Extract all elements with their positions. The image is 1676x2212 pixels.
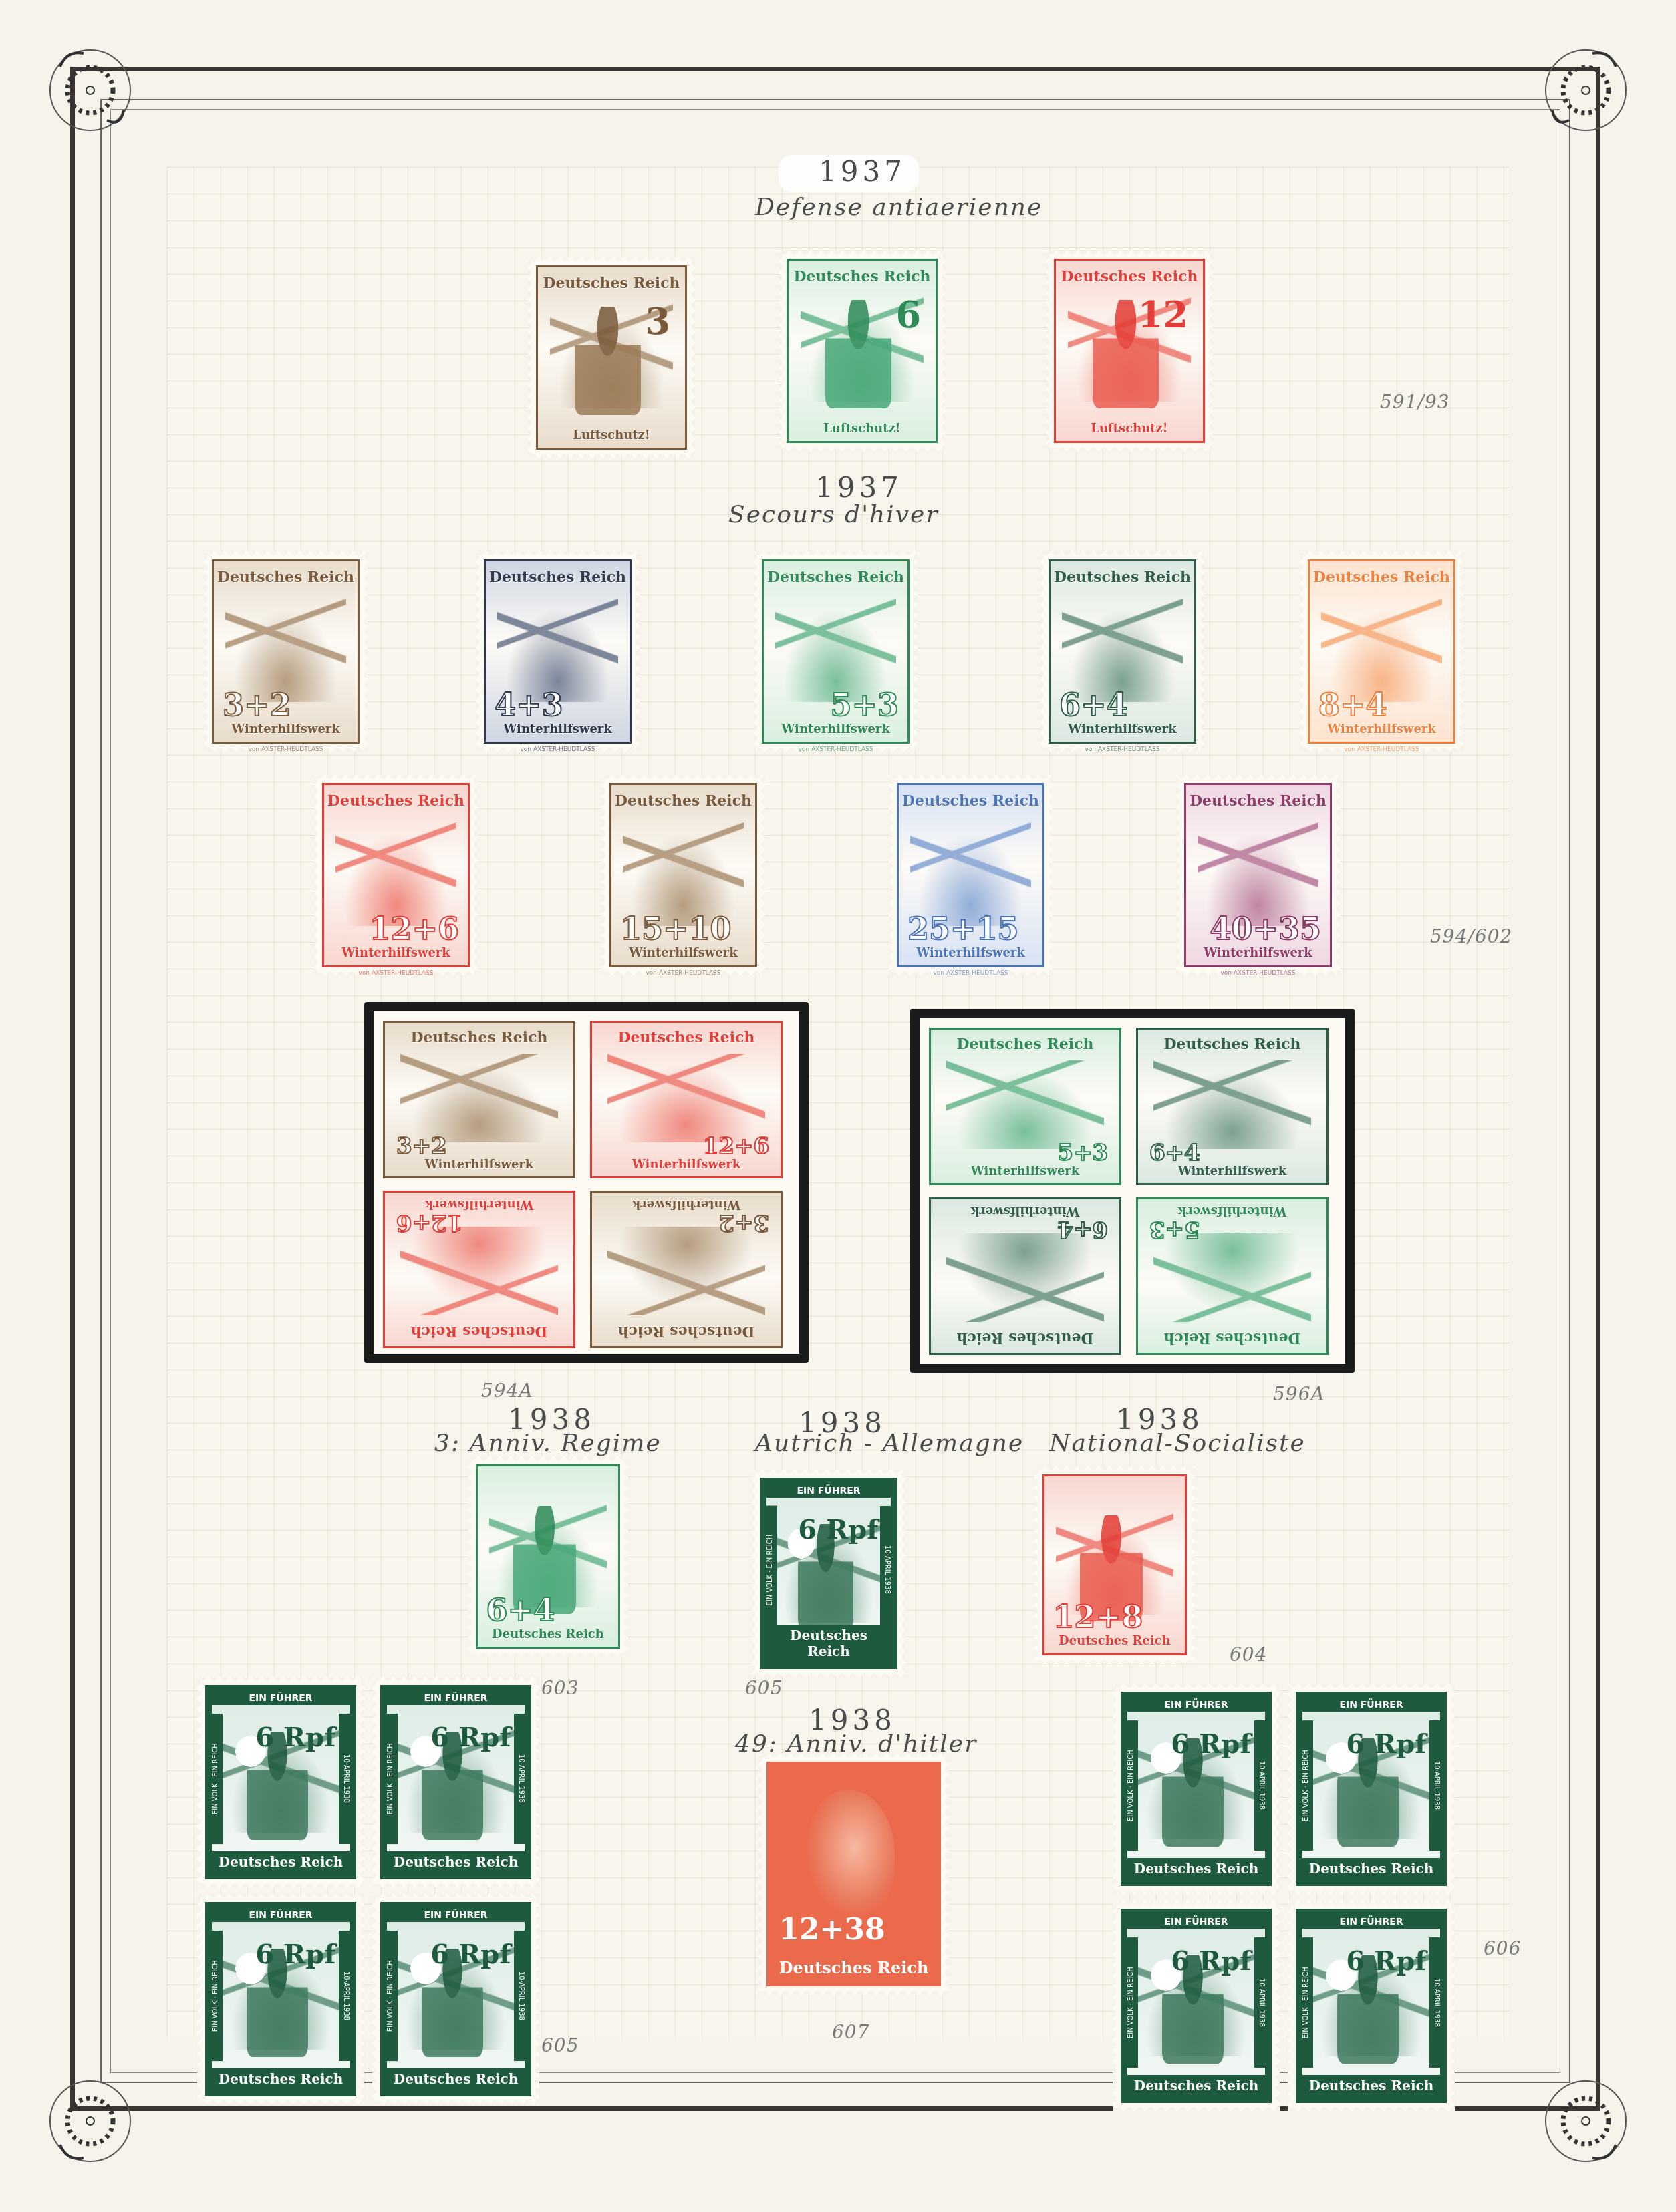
stamp-country-label: Deutsches Reich — [1138, 1036, 1326, 1053]
stamp-side-inscription: 10·APRIL 1938 — [339, 1931, 350, 2061]
stamp-design: EIN FÜHREREIN VOLK · EIN REICH10·APRIL 1… — [1121, 1692, 1272, 1886]
stamp-denomination: 5+3 — [1057, 1142, 1108, 1164]
stamp: Deutsches Reich12+6Winterhilfswerkvon AX… — [314, 775, 478, 975]
stamp-country-label: Deutsches Reich — [387, 2068, 525, 2090]
stamp-inscription: Winterhilfswerk — [899, 946, 1042, 960]
stamp: EIN FÜHREREIN VOLK · EIN REICH10·APRIL 1… — [1113, 1901, 1280, 2111]
stamp-design: Deutsches Reich8+4Winterhilfswerk — [1308, 559, 1455, 744]
stamp-country-label: Deutsches Reich — [611, 792, 755, 810]
stamp-inscription: Winterhilfswerk — [1310, 722, 1453, 736]
catalog-reference: 607 — [832, 2021, 869, 2043]
stamp: EIN FÜHREREIN VOLK · EIN REICH10·APRIL 1… — [197, 1677, 364, 1887]
stamp-denomination: 12+6 — [396, 1211, 462, 1234]
stamp-design: Deutsches Reich6+4Winterhilfswerk — [929, 1197, 1121, 1355]
stamp-design: Deutsches Reich5+3Winterhilfswerk — [762, 559, 910, 744]
stamp-design: Deutsches Reich5+3Winterhilfswerk — [1136, 1197, 1329, 1355]
stamp: Deutsches Reich6Luftschutz! — [779, 251, 946, 451]
stamp-illustration — [1153, 1233, 1312, 1322]
stamp-denomination: 3+2 — [396, 1135, 447, 1158]
stamp-denomination: 6+4 — [1149, 1142, 1200, 1164]
stamp-country-label: Deutsches Reich — [789, 268, 936, 285]
stamp: 12+8Deutsches Reich — [1034, 1466, 1195, 1664]
stamp-top-inscription: EIN FÜHRER — [212, 1909, 350, 1922]
stamp-top-inscription: EIN FÜHRER — [1127, 1915, 1265, 1929]
stamp-design: Deutsches Reich12Luftschutz! — [1054, 259, 1205, 443]
stamp-design: Deutsches Reich12+6Winterhilfswerk — [383, 1191, 575, 1348]
stamp-design: Deutsches Reich15+10Winterhilfswerk — [609, 783, 757, 967]
stamp-inscription: Deutsches Reich — [478, 1627, 618, 1641]
stamp-illustration — [400, 1054, 559, 1142]
stamp-denomination: 5+3 — [1149, 1218, 1200, 1241]
stamp-imprint: von AXSTER-HEUDTLASS — [754, 746, 918, 753]
stamp-inscription: Winterhilfswerk — [1138, 1204, 1326, 1218]
stamp: Deutsches Reich5+3Winterhilfswerk — [1132, 1193, 1333, 1359]
stamp-illustration — [607, 1054, 766, 1142]
stamp-side-inscription: 10·APRIL 1938 — [339, 1714, 350, 1844]
stamp-design: Deutsches Reich3+2Winterhilfswerk — [383, 1021, 575, 1178]
album-page: 1937 Defense antiaerienne 591/93 1937 Se… — [0, 0, 1676, 2212]
stamp-denomination: 6 Rpf — [1346, 1948, 1426, 1975]
stamp: EIN FÜHREREIN VOLK · EIN REICH10·APRIL 1… — [1113, 1684, 1280, 1894]
catalog-reference: 605 — [541, 2034, 579, 2056]
stamp-country-label: Deutsches Reich — [214, 569, 358, 586]
stamp-top-inscription: EIN FÜHRER — [1302, 1698, 1440, 1712]
stamp-country-label: Deutsches Reich — [1127, 2075, 1265, 2096]
stamp-design: Deutsches Reich6Luftschutz! — [787, 259, 938, 443]
stamp: Deutsches Reich12+6Winterhilfswerk — [586, 1017, 787, 1182]
stamp-denomination: 12+8 — [1053, 1601, 1143, 1632]
stamp-side-inscription: EIN VOLK · EIN REICH — [212, 1931, 223, 2061]
stamp-design: EIN FÜHREREIN VOLK · EIN REICH10·APRIL 1… — [205, 1902, 356, 2096]
stamp-design: Deutsches Reich6+4Winterhilfswerk — [1136, 1028, 1329, 1185]
stamp-top-inscription: EIN FÜHRER — [1302, 1915, 1440, 1929]
stamp-denomination: 6+4 — [1059, 689, 1128, 720]
stamp-illustration — [400, 1227, 559, 1315]
stamp: EIN FÜHREREIN VOLK · EIN REICH10·APRIL 1… — [372, 1894, 539, 2104]
stamp-design: EIN FÜHREREIN VOLK · EIN REICH10·APRIL 1… — [1296, 1909, 1447, 2103]
catalog-reference: 594A — [481, 1380, 533, 1402]
booklet-pane-mount: Deutsches Reich3+2WinterhilfswerkDeutsch… — [364, 1002, 809, 1363]
stamp-design: EIN FÜHREREIN VOLK · EIN REICH10·APRIL 1… — [1121, 1909, 1272, 2103]
stamp-country-label: Deutsches Reich — [1302, 1858, 1440, 1879]
stamp-illustration — [946, 1060, 1105, 1149]
stamp-inscription: Winterhilfswerk — [214, 722, 358, 736]
stamp-inscription: Winterhilfswerk — [592, 1197, 781, 1211]
stamp-inscription: Luftschutz! — [538, 428, 685, 442]
stamp-design: Deutsches Reich3+2Winterhilfswerk — [212, 559, 360, 744]
stamp: Deutsches Reich5+3Winterhilfswerk — [925, 1023, 1125, 1189]
stamp-side-inscription: 10·APRIL 1938 — [880, 1506, 891, 1634]
stamp-denomination: 6 Rpf — [1171, 1948, 1251, 1975]
stamp: Deutsches Reich3Luftschutz! — [528, 257, 695, 458]
stamp: Deutsches Reich12+6Winterhilfswerk — [379, 1187, 579, 1352]
stamp-illustration — [946, 1233, 1105, 1322]
stamp-denomination: 6 Rpf — [430, 1724, 511, 1751]
stamp-denomination: 6 Rpf — [1346, 1731, 1426, 1758]
stamp-imprint: von AXSTER-HEUDTLASS — [476, 746, 640, 753]
stamp-country-label: Deutsches Reich — [1056, 268, 1203, 285]
stamp-figure — [575, 307, 641, 415]
section-caption: 3: Anniv. Regime — [434, 1430, 662, 1457]
stamp-side-inscription: EIN VOLK · EIN REICH — [1127, 1720, 1138, 1851]
stamp-inscription: Deutsches Reich — [1044, 1634, 1185, 1648]
stamp-denomination: 12+38 — [779, 1915, 885, 1945]
stamp-top-inscription: EIN FÜHRER — [212, 1692, 350, 1705]
stamp-denomination: 3+2 — [223, 689, 291, 720]
stamp-design: EIN FÜHREREIN VOLK · EIN REICH10·APRIL 1… — [380, 1902, 531, 2096]
stamp-denomination: 12+6 — [703, 1135, 769, 1158]
stamp: EIN FÜHREREIN VOLK · EIN REICH10·APRIL 1… — [1288, 1901, 1455, 2111]
stamp-denomination: 6 Rpf — [1171, 1731, 1251, 1758]
catalog-reference: 606 — [1484, 1937, 1521, 1959]
stamp-side-inscription: EIN VOLK · EIN REICH — [1302, 1720, 1313, 1851]
stamp-side-inscription: EIN VOLK · EIN REICH — [212, 1714, 223, 1844]
stamp-denomination: 4+3 — [495, 689, 563, 720]
stamp-inscription: Winterhilfswerk — [324, 946, 468, 960]
stamp-country-label: Deutsches Reich — [387, 1851, 525, 1873]
stamp-inscription: Winterhilfswerk — [486, 722, 630, 736]
stamp: Deutsches Reich25+15Winterhilfswerkvon A… — [889, 775, 1053, 975]
stamp: 12+38Deutsches Reich — [758, 1754, 949, 1994]
booklet-pane-mount: Deutsches Reich5+3WinterhilfswerkDeutsch… — [910, 1009, 1355, 1373]
stamp: Deutsches Reich6+4Winterhilfswerkvon AXS… — [1040, 551, 1204, 752]
stamp-design: Deutsches Reich12+6Winterhilfswerk — [590, 1021, 783, 1178]
stamp-inscription: Winterhilfswerk — [1186, 946, 1330, 960]
stamp-country-label: Deutsches Reich — [592, 1323, 781, 1340]
stamp-denomination: 6 — [895, 297, 921, 333]
stamp-design: 12+8Deutsches Reich — [1042, 1474, 1187, 1655]
stamp-inscription: Luftschutz! — [1056, 422, 1203, 436]
stamp-inscription: Winterhilfswerk — [931, 1164, 1119, 1178]
stamp-country-label: Deutsches Reich — [931, 1036, 1119, 1053]
stamp-top-inscription: EIN FÜHRER — [1127, 1698, 1265, 1712]
stamp-design: Deutsches Reich12+6Winterhilfswerk — [322, 783, 470, 967]
stamp-inscription: Winterhilfswerk — [931, 1204, 1119, 1218]
stamp-denomination: 6+4 — [486, 1595, 555, 1625]
corner-ornament-icon — [1536, 2071, 1636, 2171]
stamp-country-label: Deutsches Reich — [324, 792, 468, 810]
stamp-country-label: Deutsches Reich — [1302, 2075, 1440, 2096]
stamp-denomination: 3 — [645, 303, 670, 339]
stamp-country-label: Deutsches Reich — [538, 275, 685, 292]
stamp-imprint: von AXSTER-HEUDTLASS — [889, 970, 1053, 977]
stamp-side-inscription: 10·APRIL 1938 — [514, 1714, 525, 1844]
portrait-illustration — [806, 1790, 895, 1918]
stamp-inscription: Winterhilfswerk — [385, 1197, 573, 1211]
stamp-denomination: 5+3 — [831, 689, 899, 720]
stamp-country-label: Deutsches Reich — [212, 1851, 350, 1873]
section-year: 1937 — [819, 155, 906, 188]
stamp-country-label: Deutsches Reich — [769, 1958, 939, 1978]
stamp-imprint: von AXSTER-HEUDTLASS — [1040, 746, 1204, 753]
stamp: Deutsches Reich15+10Winterhilfswerkvon A… — [601, 775, 765, 975]
stamp: Deutsches Reich40+35Winterhilfswerkvon A… — [1176, 775, 1340, 975]
corner-ornament-icon — [40, 2071, 140, 2171]
stamp-inscription: Luftschutz! — [789, 422, 936, 436]
catalog-reference: 603 — [541, 1677, 579, 1699]
stamp-denomination: 12 — [1138, 297, 1188, 333]
stamp-imprint: von AXSTER-HEUDTLASS — [204, 746, 368, 753]
stamp: EIN FÜHREREIN VOLK · EIN REICH10·APRIL 1… — [1288, 1684, 1455, 1894]
stamp-denomination: 25+15 — [907, 913, 1019, 944]
section-caption: Autrich - Allemagne — [755, 1430, 1024, 1457]
stamp-imprint: von AXSTER-HEUDTLASS — [601, 970, 765, 977]
stamp-inscription: Winterhilfswerk — [1051, 722, 1194, 736]
stamp-imprint: von AXSTER-HEUDTLASS — [1176, 970, 1340, 977]
stamp-design: Deutsches Reich4+3Winterhilfswerk — [484, 559, 632, 744]
section-caption: National-Socialiste — [1049, 1430, 1306, 1457]
stamp: Deutsches Reich12Luftschutz! — [1046, 251, 1213, 451]
stamp-design: EIN FÜHREREIN VOLK · EIN REICH10·APRIL 1… — [760, 1478, 897, 1669]
stamp-side-inscription: EIN VOLK · EIN REICH — [1127, 1937, 1138, 2068]
stamp: Deutsches Reich4+3Winterhilfswerkvon AXS… — [476, 551, 640, 752]
stamp-inscription: Winterhilfswerk — [385, 1158, 573, 1172]
stamp-country-label: Deutsches Reich — [766, 1625, 891, 1662]
catalog-reference: 596A — [1273, 1383, 1325, 1405]
stamp-design: EIN FÜHREREIN VOLK · EIN REICH10·APRIL 1… — [205, 1685, 356, 1879]
stamp-inscription: Winterhilfswerk — [592, 1158, 781, 1172]
stamp: EIN FÜHREREIN VOLK · EIN REICH10·APRIL 1… — [372, 1677, 539, 1887]
stamp: EIN FÜHREREIN VOLK · EIN REICH10·APRIL 1… — [197, 1894, 364, 2104]
stamp: Deutsches Reich6+4Winterhilfswerk — [925, 1193, 1125, 1359]
stamp-denomination: 3+2 — [718, 1211, 769, 1234]
stamp-country-label: Deutsches Reich — [385, 1323, 573, 1340]
stamp-side-inscription: 10·APRIL 1938 — [1429, 1937, 1440, 2068]
stamp-side-inscription: EIN VOLK · EIN REICH — [766, 1506, 777, 1634]
stamp-side-inscription: EIN VOLK · EIN REICH — [1302, 1937, 1313, 2068]
stamp-side-inscription: 10·APRIL 1938 — [1429, 1720, 1440, 1851]
stamp-top-inscription: EIN FÜHRER — [766, 1484, 891, 1498]
stamp-denomination: 6 Rpf — [430, 1941, 511, 1968]
stamp-side-inscription: EIN VOLK · EIN REICH — [387, 1714, 398, 1844]
stamp-denomination: 12+6 — [370, 913, 460, 944]
stamp-design: Deutsches Reich5+3Winterhilfswerk — [929, 1028, 1121, 1185]
stamp-country-label: Deutsches Reich — [764, 569, 907, 586]
stamp: Deutsches Reich3+2Winterhilfswerkvon AXS… — [204, 551, 368, 752]
stamp-country-label: Deutsches Reich — [931, 1329, 1119, 1347]
stamp-denomination: 40+35 — [1210, 913, 1322, 944]
section-caption: Defense antiaerienne — [755, 194, 1042, 221]
stamp: 6+4Deutsches Reich — [468, 1456, 628, 1657]
stamp-denomination: 6 Rpf — [798, 1517, 878, 1543]
stamp-design: 6+4Deutsches Reich — [476, 1464, 620, 1649]
stamp: EIN FÜHREREIN VOLK · EIN REICH10·APRIL 1… — [752, 1470, 905, 1677]
stamp: Deutsches Reich3+2Winterhilfswerk — [379, 1017, 579, 1182]
stamp-design: Deutsches Reich3Luftschutz! — [536, 265, 687, 450]
stamp-denomination: 8+4 — [1318, 689, 1387, 720]
stamp-country-label: Deutsches Reich — [899, 792, 1042, 810]
stamp: Deutsches Reich3+2Winterhilfswerk — [586, 1187, 787, 1352]
section-caption: Secours d'hiver — [728, 501, 939, 528]
stamp-illustration — [607, 1227, 766, 1315]
stamp-side-inscription: EIN VOLK · EIN REICH — [387, 1931, 398, 2061]
catalog-reference: 604 — [1230, 1643, 1267, 1666]
catalog-reference: 605 — [745, 1677, 783, 1699]
catalog-reference: 594/602 — [1430, 925, 1512, 947]
stamp-design: Deutsches Reich25+15Winterhilfswerk — [897, 783, 1044, 967]
stamp-country-label: Deutsches Reich — [1051, 569, 1194, 586]
stamp-imprint: von AXSTER-HEUDTLASS — [1300, 746, 1463, 753]
stamp-country-label: Deutsches Reich — [1186, 792, 1330, 810]
stamp-illustration — [1153, 1060, 1312, 1149]
section-year: 1937 — [815, 471, 903, 504]
stamp-figure — [825, 300, 891, 408]
stamp-country-label: Deutsches Reich — [212, 2068, 350, 2090]
stamp-side-inscription: 10·APRIL 1938 — [514, 1931, 525, 2061]
corner-ornament-icon — [40, 40, 140, 140]
stamp-design: Deutsches Reich3+2Winterhilfswerk — [590, 1191, 783, 1348]
stamp-design: Deutsches Reich40+35Winterhilfswerk — [1184, 783, 1332, 967]
stamp-country-label: Deutsches Reich — [486, 569, 630, 586]
stamp-design: EIN FÜHREREIN VOLK · EIN REICH10·APRIL 1… — [1296, 1692, 1447, 1886]
stamp-country-label: Deutsches Reich — [592, 1029, 781, 1046]
stamp-denomination: 6 Rpf — [255, 1724, 335, 1751]
stamp-country-label: Deutsches Reich — [385, 1029, 573, 1046]
stamp-top-inscription: EIN FÜHRER — [387, 1692, 525, 1705]
stamp-inscription: Winterhilfswerk — [764, 722, 907, 736]
stamp: Deutsches Reich5+3Winterhilfswerkvon AXS… — [754, 551, 918, 752]
stamp-side-inscription: 10·APRIL 1938 — [1254, 1937, 1265, 2068]
catalog-reference: 591/93 — [1380, 391, 1450, 413]
stamp-country-label: Deutsches Reich — [1310, 569, 1453, 586]
stamp-design: EIN FÜHREREIN VOLK · EIN REICH10·APRIL 1… — [380, 1685, 531, 1879]
stamp-denomination: 15+10 — [620, 913, 732, 944]
stamp-inscription: Winterhilfswerk — [1138, 1164, 1326, 1178]
stamp-country-label: Deutsches Reich — [1127, 1858, 1265, 1879]
stamp-denomination: 6 Rpf — [255, 1941, 335, 1968]
stamp-imprint: von AXSTER-HEUDTLASS — [314, 970, 478, 977]
stamp-side-inscription: 10·APRIL 1938 — [1254, 1720, 1265, 1851]
stamp-denomination: 6+4 — [1057, 1218, 1108, 1241]
stamp: Deutsches Reich6+4Winterhilfswerk — [1132, 1023, 1333, 1189]
stamp-design: 12+38Deutsches Reich — [766, 1762, 941, 1986]
stamp-country-label: Deutsches Reich — [1138, 1329, 1326, 1347]
stamp: Deutsches Reich8+4Winterhilfswerkvon AXS… — [1300, 551, 1463, 752]
stamp-inscription: Winterhilfswerk — [611, 946, 755, 960]
corner-ornament-icon — [1536, 40, 1636, 140]
stamp-design: Deutsches Reich6+4Winterhilfswerk — [1049, 559, 1196, 744]
stamp-top-inscription: EIN FÜHRER — [387, 1909, 525, 1922]
